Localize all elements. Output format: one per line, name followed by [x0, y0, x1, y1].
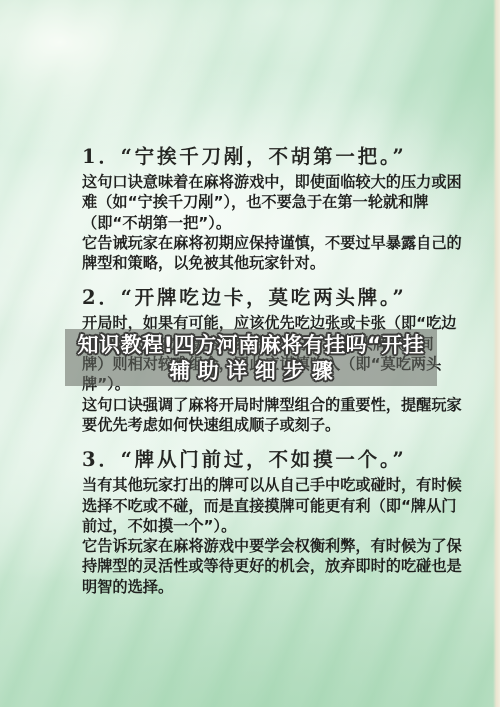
watermark-banner: 知识教程!四方河南麻将有挂吗“开挂 辅助详细步骤: [65, 329, 437, 386]
tip-section-3: 3．“牌从门前过，不如摸一个。” 当有其他玩家打出的牌可以从自己手中吃或碰时，有…: [82, 448, 474, 597]
tip-3-paragraph-1: 当有其他玩家打出的牌可以从自己手中吃或碰时，有时候 选择不吃或不碰，而是直接摸牌…: [82, 475, 474, 536]
article-page: 1．“宁挨千刀剐，不胡第一把。” 这句口诀意味着在麻将游戏中，即使面临较大的压力…: [0, 0, 500, 707]
page-edge-strip: [493, 0, 500, 707]
tip-1-paragraph-2: 它告诫玩家在麻将初期应保持谨慎，不要过早暴露自己的 牌型和策略，以免被其他玩家针…: [82, 233, 474, 274]
tip-1-paragraph-1: 这句口诀意味着在麻将游戏中，即使面临较大的压力或困 难（如“宁挨千刀剐”），也不…: [82, 172, 474, 233]
watermark-title-line-1: 知识教程!四方河南麻将有挂吗“开挂: [78, 332, 425, 358]
tip-2-paragraph-2: 这句口诀强调了麻将开局时牌型组合的重要性，提醒玩家 要优先考虑如何快速组成顺子或…: [82, 395, 474, 436]
tip-2-heading: 2．“开牌吃边卡，莫吃两头牌。”: [82, 286, 474, 309]
tip-3-paragraph-2: 它告诉玩家在麻将游戏中要学会权衡利弊，有时候为了保 持牌型的灵活性或等待更好的机…: [82, 536, 474, 597]
tip-3-heading: 3．“牌从门前过，不如摸一个。”: [82, 448, 474, 471]
watermark-title-line-2: 辅助详细步骤: [162, 358, 341, 384]
tip-section-1: 1．“宁挨千刀剐，不胡第一把。” 这句口诀意味着在麻将游戏中，即使面临较大的压力…: [82, 145, 474, 273]
tip-1-heading: 1．“宁挨千刀剐，不胡第一把。”: [82, 145, 474, 168]
